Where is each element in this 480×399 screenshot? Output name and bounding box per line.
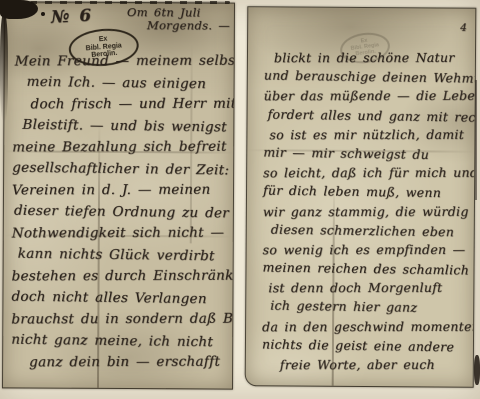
page-edge-line [30, 1, 230, 4]
page-number: 4 [460, 22, 467, 34]
manuscript-line: doch nicht alles Verlangen [11, 288, 230, 312]
manuscript-line: dieser tiefen Ordnung zu der [12, 202, 231, 226]
manuscript-right-page: 4 Ex Bibl. Regia Berolin. blickt in die … [245, 6, 477, 388]
manuscript-line: nichts die geist eine andere [262, 336, 471, 358]
photo-edge-shadow [474, 355, 480, 385]
manuscript-line: gesellschaftlicher in der Zeit: [12, 159, 231, 183]
manuscript-line: Vereinen in d. J. — meinen [12, 182, 231, 204]
manuscript-line: kann nichts Glück verdirbt [12, 245, 231, 269]
manuscript-line: meinen reichen des schamlich [262, 260, 471, 282]
photo-edge-shadow [0, 14, 8, 122]
ink-dot [41, 12, 45, 16]
date-line-2: Morgends. — [147, 18, 230, 32]
manuscript-line: blickt in die schöne Natur [264, 50, 473, 70]
manuscript-line: mein Ich. — aus einigen [12, 73, 231, 97]
letter-number-label: № 6 [50, 6, 92, 28]
manuscript-line: fordert alles und ganz mit recht [263, 106, 472, 128]
manuscript-line: für dich leben muß, wenn [263, 183, 472, 205]
manuscript-line: Mein Freund — meinem selbst [13, 53, 232, 75]
manuscript-line: bestehen es durch Einschränkung [12, 268, 231, 290]
manuscript-line: Bleistift. — und bis wenigst [12, 116, 231, 140]
manuscript-line: und berauschige deinen Wehmuth [264, 68, 473, 90]
manuscript-line: da in den geschwind momenten [262, 318, 471, 338]
manuscript-line: über das müßende — die Leben [264, 88, 473, 108]
manuscript-line: ist denn doch Morgenluft [262, 280, 471, 300]
manuscript-photo: № 6 Om 6tn Juli Morgends. — Ex Bibl. Reg… [0, 0, 480, 399]
manuscript-line: mir — mir schweigst du [263, 144, 472, 166]
manuscript-line: so ist es mir nützlich, damit [263, 127, 472, 147]
manuscript-line: diesen schmerzlichen eben [263, 221, 472, 243]
manuscript-line: wir ganz stammig, die würdig [263, 203, 472, 223]
manuscript-line: so wenig ich es empfinden — [263, 242, 472, 262]
manuscript-line: ganz dein bin — erschafft [11, 354, 230, 376]
manuscript-line: freie Worte, aber euch [262, 357, 471, 377]
manuscript-line: brauchst du in sondern daß Bei [11, 311, 230, 333]
right-page-handwriting: blickt in die schöne Naturund berauschig… [262, 49, 473, 377]
manuscript-left-page: № 6 Om 6tn Juli Morgends. — Ex Bibl. Reg… [2, 1, 235, 389]
photo-edge-shadow [475, 80, 477, 200]
left-page-handwriting: Mein Freund — meinem selbstmein Ich. — a… [11, 52, 232, 376]
manuscript-line: nicht ganz meine, ich nicht [11, 331, 230, 355]
manuscript-line: ich gestern hier ganz [262, 298, 471, 320]
manuscript-line: doch frisch — und Herr mit [12, 96, 231, 118]
manuscript-line: so leicht, daß ich für mich und [263, 165, 472, 185]
